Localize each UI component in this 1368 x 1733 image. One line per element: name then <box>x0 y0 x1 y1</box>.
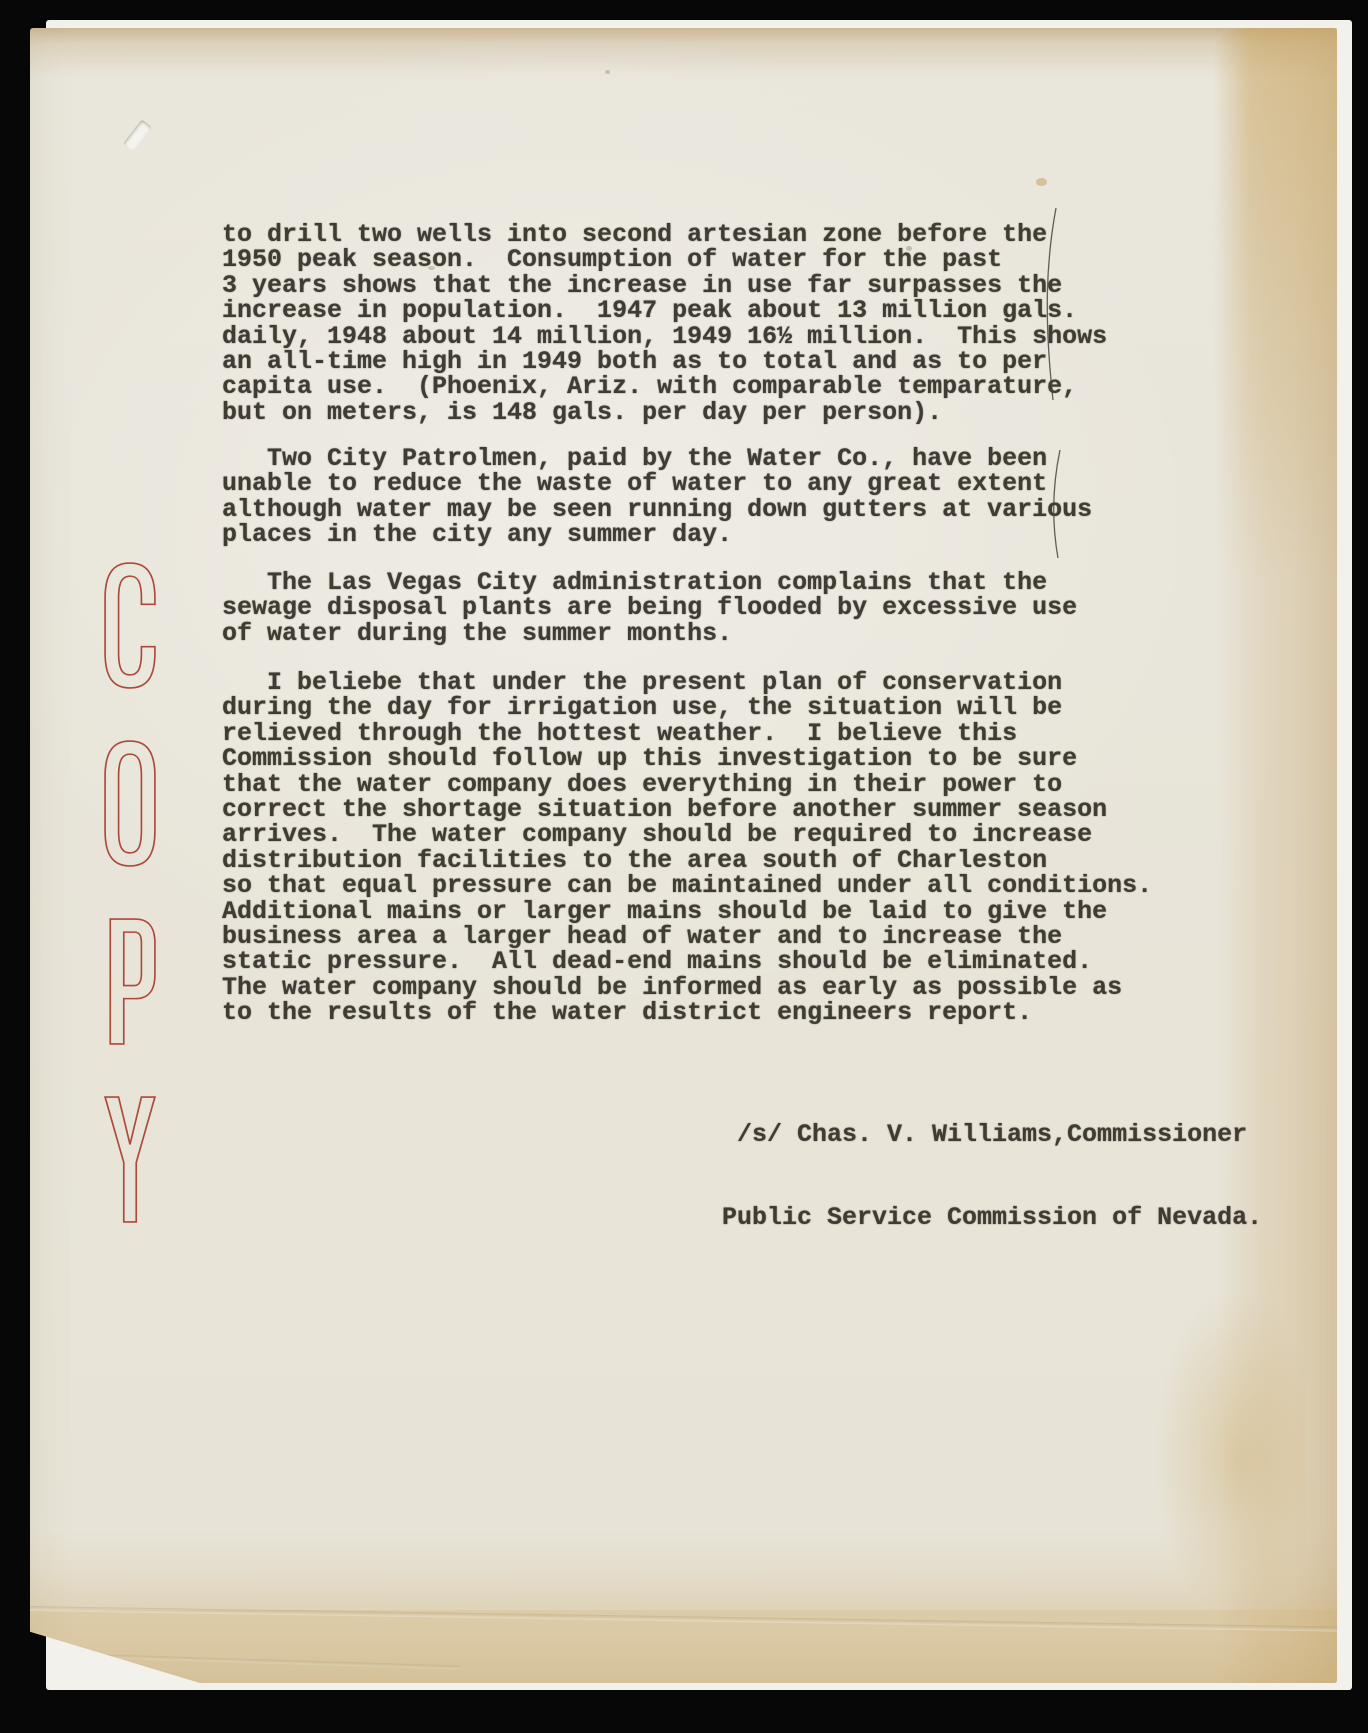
text-line: capita use. (Phoenix, Ariz. with compara… <box>222 374 1107 399</box>
stain-bottom-right <box>1155 1293 1305 1623</box>
text-line: although water may be seen running down … <box>222 497 1092 522</box>
text-line: of water during the summer months. <box>222 621 1077 646</box>
text-line: during the day for irrigation use, the s… <box>222 695 1152 720</box>
text-line: correct the shortage situation before an… <box>222 797 1152 822</box>
text-line: Additional mains or larger mains should … <box>222 899 1152 924</box>
copy-letter-o <box>103 738 157 869</box>
text-line: Two City Patrolmen, paid by the Water Co… <box>222 446 1092 471</box>
copy-watermark <box>103 560 157 1272</box>
text-line: I beliebe that under the present plan of… <box>222 670 1152 695</box>
paragraph: I beliebe that under the present plan of… <box>222 670 1152 1026</box>
stain-bottom-band <box>30 1610 1337 1683</box>
text-line: daily, 1948 about 14 million, 1949 16½ m… <box>222 324 1107 349</box>
signature-line: /s/ Chas. V. Williams,Commissioner <box>722 1121 1262 1149</box>
stain-speck <box>1036 178 1047 186</box>
text-line: that the water company does everything i… <box>222 772 1152 797</box>
text-line: to the results of the water district eng… <box>222 1000 1152 1025</box>
text-line: The water company should be informed as … <box>222 975 1152 1000</box>
text-line: business area a larger head of water and… <box>222 924 1152 949</box>
stain-speck <box>605 70 610 74</box>
text-line: 1950 peak season. Consumption of water f… <box>222 247 1107 272</box>
paragraph: The Las Vegas City administration compla… <box>222 570 1077 646</box>
text-line: static pressure. All dead-end mains shou… <box>222 949 1152 974</box>
text-line: increase in population. 1947 peak about … <box>222 298 1107 323</box>
scanned-document: to drill two wells into second artesian … <box>0 0 1368 1733</box>
text-line: so that equal pressure can be maintained… <box>222 873 1152 898</box>
signature-block: /s/ Chas. V. Williams,Commissioner Publi… <box>722 1066 1262 1286</box>
copy-letter-p <box>103 916 157 1047</box>
text-line: arrives. The water company should be req… <box>222 822 1152 847</box>
text-line: an all-time high in 1949 both as to tota… <box>222 349 1107 374</box>
fold-crease <box>28 1606 1339 1632</box>
signature-line: Public Service Commission of Nevada. <box>722 1204 1262 1232</box>
staple-hole <box>123 119 152 151</box>
text-line: distribution facilities to the area sout… <box>222 848 1152 873</box>
text-line: to drill two wells into second artesian … <box>222 222 1107 247</box>
copy-letter-c <box>103 560 157 691</box>
copy-letter-y <box>103 1094 157 1225</box>
text-line: but on meters, is 148 gals. per day per … <box>222 400 1107 425</box>
paper-page: to drill two wells into second artesian … <box>30 28 1337 1683</box>
text-line: places in the city any summer day. <box>222 522 1092 547</box>
text-line: Commission should follow up this investi… <box>222 746 1152 771</box>
text-line: unable to reduce the waste of water to a… <box>222 471 1092 496</box>
pen-margin-marks <box>1040 200 1084 570</box>
text-line: 3 years shows that the increase in use f… <box>222 273 1107 298</box>
paragraph: to drill two wells into second artesian … <box>222 222 1107 425</box>
text-line: sewage disposal plants are being flooded… <box>222 595 1077 620</box>
stain-top-right <box>1213 28 1337 588</box>
paragraph: Two City Patrolmen, paid by the Water Co… <box>222 446 1092 548</box>
text-line: relieved through the hottest weather. I … <box>222 721 1152 746</box>
text-line: The Las Vegas City administration compla… <box>222 570 1077 595</box>
